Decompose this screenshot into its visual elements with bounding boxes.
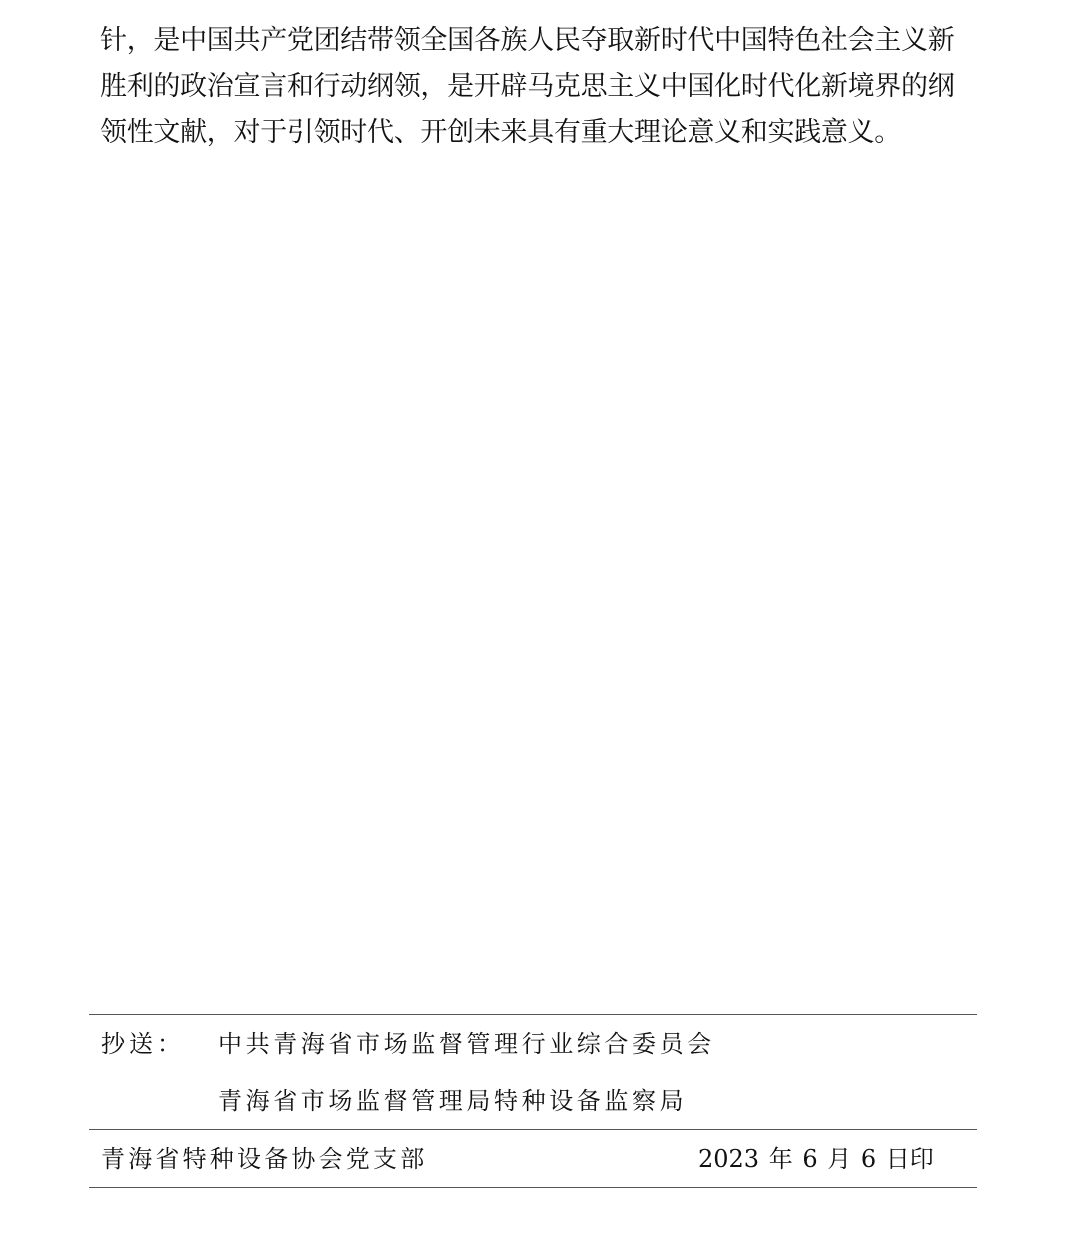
cc-label: 抄送： [101, 1027, 185, 1061]
footer-bottom-rule [89, 1187, 977, 1188]
body-line: 针，是中国共产党团结带领全国各族人民夺取新时代中国特色社会主义新 [100, 18, 980, 64]
footer-top-rule [89, 1014, 977, 1015]
body-line: 胜利的政治宣言和行动纲领，是开辟马克思主义中国化时代化新境界的纲 [100, 64, 980, 110]
body-line: 领性文献，对于引领时代、开创未来具有重大理论意义和实践意义。 [100, 110, 980, 156]
footer-middle-rule [89, 1129, 977, 1130]
document-body: 针，是中国共产党团结带领全国各族人民夺取新时代中国特色社会主义新 胜利的政治宣言… [100, 18, 980, 156]
cc-recipient: 青海省市场监督管理局特种设备监察局 [218, 1084, 687, 1118]
issuing-organization: 青海省特种设备协会党支部 [101, 1142, 427, 1176]
cc-recipient: 中共青海省市场监督管理行业综合委员会 [218, 1027, 715, 1061]
print-date: 2023 年 6 月 6 日印 [698, 1142, 934, 1176]
